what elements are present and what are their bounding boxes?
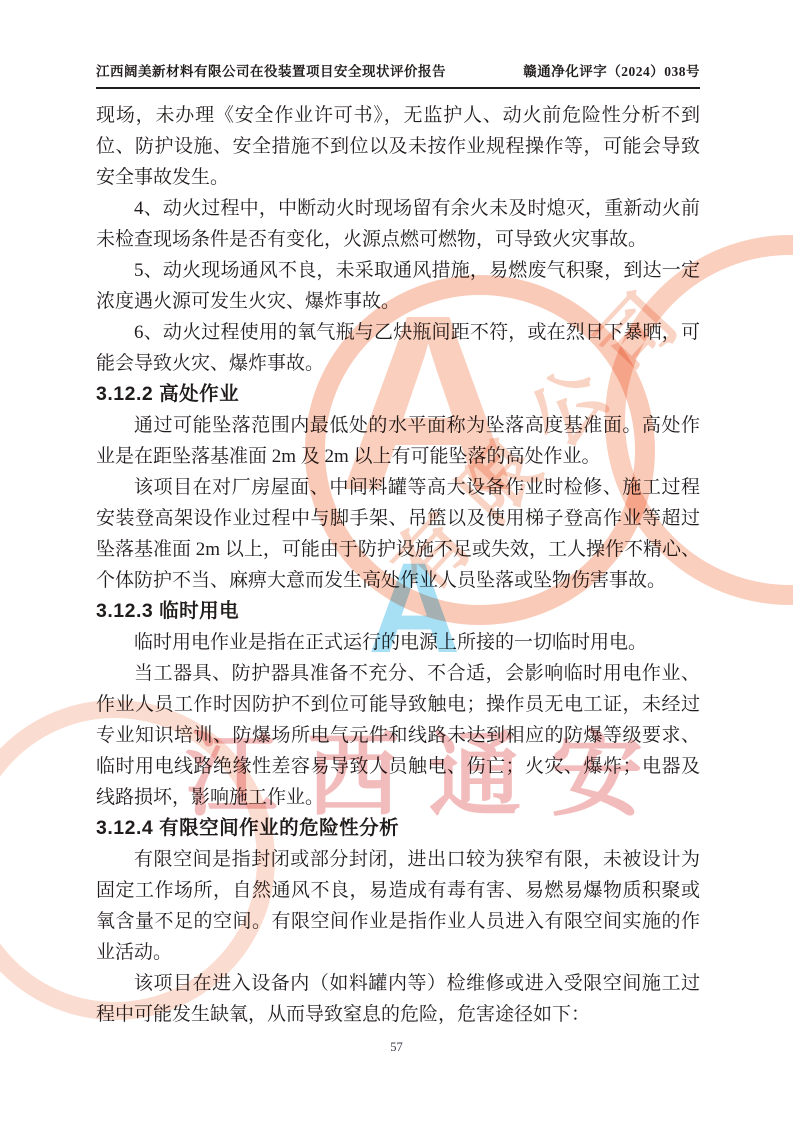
section-heading: 3.12.2 高处作业 [96, 379, 700, 410]
section-heading: 3.12.3 临时用电 [96, 596, 700, 627]
body-paragraph: 5、动火现场通风不良，未采取通风措施，易燃废气积聚，到达一定浓度遇火源可发生火灾… [96, 255, 700, 317]
header-document-number: 赣通净化评字（2024）038号 [523, 60, 700, 80]
body-paragraph: 临时用电作业是指在正式运行的电源上所接的一切临时用电。 [96, 627, 700, 658]
body-paragraph: 现场，未办理《安全作业许可书》，无监护人、动火前危险性分析不到位、防护设施、安全… [96, 100, 700, 193]
body-paragraph: 该项目在对厂房屋面、中间料罐等高大设备作业时检修、施工过程安装登高架设作业过程中… [96, 472, 700, 596]
body-paragraph: 该项目在进入设备内（如料罐内等）检维修或进入受限空间施工过程中可能发生缺氧，从而… [96, 968, 700, 1030]
body-paragraph: 6、动火过程使用的氧气瓶与乙炔瓶间距不符，或在烈日下暴晒，可能会导致火灾、爆炸事… [96, 317, 700, 379]
body-paragraph: 有限空间是指封闭或部分封闭，进出口较为狭窄有限，未被设计为固定工作场所，自然通风… [96, 844, 700, 968]
page-number: 57 [0, 1040, 793, 1055]
body-paragraph: 通过可能坠落范围内最低处的水平面称为坠落高度基准面。高处作业是在距坠落基准面 2… [96, 410, 700, 472]
body-paragraph: 4、动火过程中，中断动火时现场留有余火未及时熄灭，重新动火前未检查现场条件是否有… [96, 193, 700, 255]
document-page: 江西阔美新材料有限公司在役装置项目安全现状评价报告 赣通净化评字（2024）03… [0, 0, 793, 1122]
header-report-title: 江西阔美新材料有限公司在役装置项目安全现状评价报告 [96, 60, 446, 80]
body-paragraph: 当工器具、防护器具准备不充分、不合适，会影响临时用电作业、作业人员工作时因防护不… [96, 658, 700, 813]
document-body: 现场，未办理《安全作业许可书》，无监护人、动火前危险性分析不到位、防护设施、安全… [96, 100, 700, 1030]
section-heading: 3.12.4 有限空间作业的危险性分析 [96, 813, 700, 844]
page-header: 江西阔美新材料有限公司在役装置项目安全现状评价报告 赣通净化评字（2024）03… [96, 60, 700, 89]
